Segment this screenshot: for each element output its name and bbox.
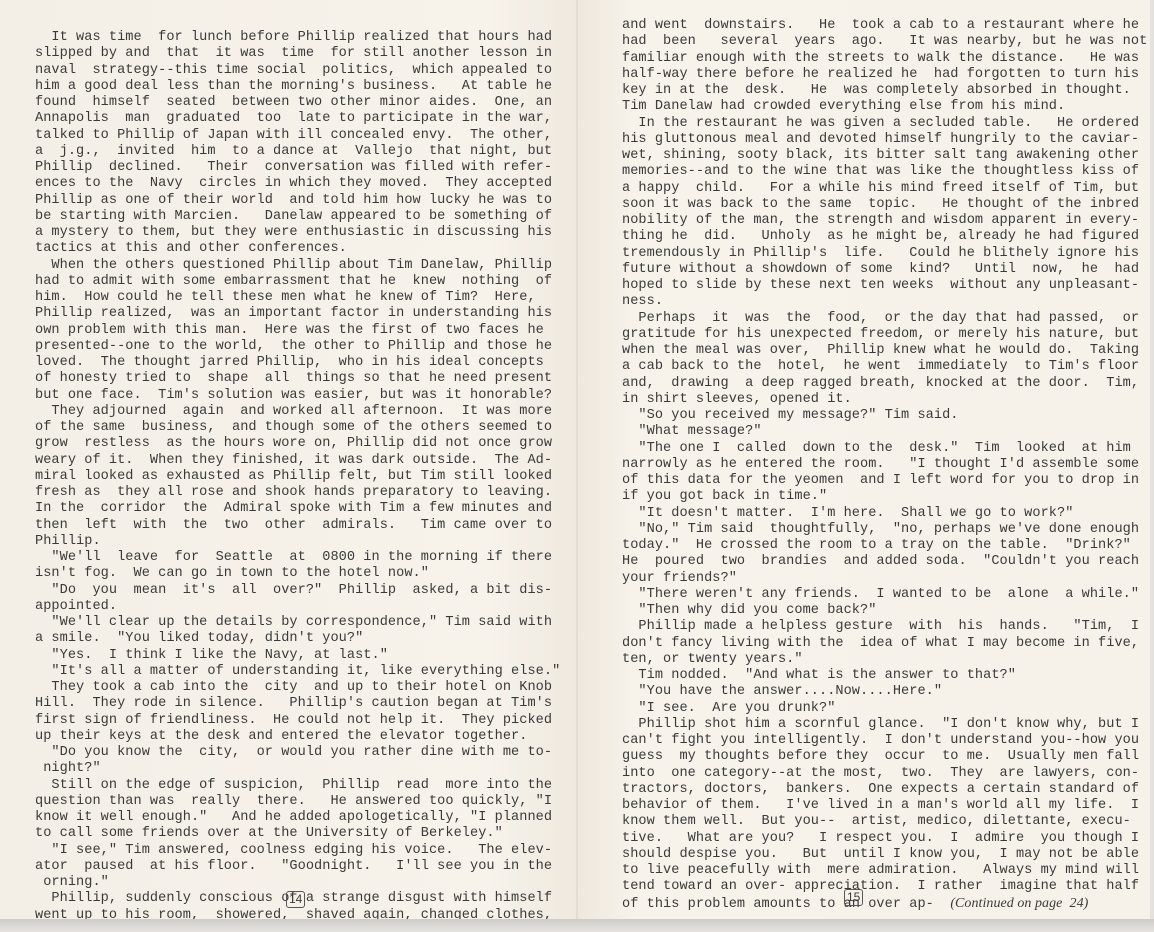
text-line: familiar enough with the streets to walk…	[622, 51, 1147, 67]
right-page: and went downstairs. He took a cab to a …	[578, 0, 1150, 919]
text-line: fresh as they all rose and shook hands p…	[35, 485, 560, 501]
text-line: when the meal was over, Phillip knew wha…	[622, 343, 1147, 359]
text-line: "We'll leave for Seattle at 0800 in the …	[35, 550, 560, 566]
text-line: orning."	[35, 875, 560, 891]
text-line: wet, shining, sooty black, its bitter sa…	[622, 148, 1147, 164]
text-line: Phillip declined. Their conversation was…	[35, 160, 560, 176]
continuation-note: (Continued on page 24)	[950, 896, 1088, 911]
text-line: soon it was back to the same topic. He t…	[622, 197, 1147, 213]
text-line: tractors, doctors, bankers. One expects …	[622, 782, 1147, 798]
text-line: Hill. They rode in silence. Phillip's ca…	[35, 696, 560, 712]
text-line: today." He crossed the room to a tray on…	[622, 538, 1147, 554]
text-line: "Do you know the city, or would you rath…	[35, 745, 560, 761]
text-line: "So you received my message?" Tim said.	[622, 408, 1147, 424]
text-line: behavior of them. I've lived in a man's …	[622, 798, 1147, 814]
text-line: Phillip realized, was an important facto…	[35, 306, 560, 322]
text-line: a mystery to them, but they were enthusi…	[35, 225, 560, 241]
text-line: Tim Danelaw had crowded everything else …	[622, 99, 1147, 115]
right-page-body-text: and went downstairs. He took a cab to a …	[622, 18, 1147, 912]
text-line: hoped to slide by these next ten weeks w…	[622, 278, 1147, 294]
text-line: In the corridor the Admiral spoke with T…	[35, 501, 560, 517]
text-line: tactics at this and other conferences.	[35, 241, 560, 257]
text-line: In the restaurant he was given a seclude…	[622, 116, 1147, 132]
text-line: "I see," Tim answered, coolness edging h…	[35, 843, 560, 859]
text-line: of the same business, and though some of…	[35, 420, 560, 436]
text-line: found himself seated between two other m…	[35, 95, 560, 111]
page-number-left: 14	[286, 891, 305, 908]
text-line: first sign of friendliness. He could not…	[35, 713, 560, 729]
text-line: "What message?"	[622, 424, 1147, 440]
text-line: It was time for lunch before Phillip rea…	[35, 30, 560, 46]
text-line: to live peacefully with mere admiration.…	[622, 863, 1147, 879]
text-line: a happy child. For a while his mind free…	[622, 181, 1147, 197]
text-line: tremendously in Phillip's life. Could he…	[622, 246, 1147, 262]
text-line: "The one I called down to the desk." Tim…	[622, 441, 1147, 457]
text-line: tive. What are you? I respect you. I adm…	[622, 831, 1147, 847]
text-line: had to admit with some embarrassment tha…	[35, 274, 560, 290]
text-line: should despise you. But until I know you…	[622, 847, 1147, 863]
text-line: grow restless as the hours wore on, Phil…	[35, 436, 560, 452]
text-line: "No," Tim said thoughtfully, "no, perhap…	[622, 522, 1147, 538]
text-line: of honesty tried to shape all things so …	[35, 371, 560, 387]
text-line: "It's all a matter of understanding it, …	[35, 664, 560, 680]
text-line: nobility of the man, the strength and wi…	[622, 213, 1147, 229]
text-line: of this problem amounts to an over ap- (…	[622, 896, 1147, 912]
text-line: ten, or twenty years."	[622, 652, 1147, 668]
text-line: know them well. But you-- artist, medico…	[622, 814, 1147, 830]
text-line: ator paused at his floor. "Goodnight. I'…	[35, 859, 560, 875]
text-line: appointed.	[35, 599, 560, 615]
text-line: in shirt sleeves, opened it.	[622, 392, 1147, 408]
text-line: "It doesn't matter. I'm here. Shall we g…	[622, 506, 1147, 522]
text-line: presented--one to the world, the other t…	[35, 339, 560, 355]
text-line: then left with the two other admirals. T…	[35, 518, 560, 534]
text-line: Phillip shot him a scornful glance. "I d…	[622, 717, 1147, 733]
text-line: Annapolis man graduated too late to part…	[35, 111, 560, 127]
text-line: He poured two brandies and added soda. "…	[622, 554, 1147, 570]
text-line: and went downstairs. He took a cab to a …	[622, 18, 1147, 34]
text-line: know it well enough." And he added apolo…	[35, 810, 560, 826]
text-line: naval strategy--this time social politic…	[35, 63, 560, 79]
text-line: slipped by and that it was time for stil…	[35, 46, 560, 62]
text-line: night?"	[35, 761, 560, 777]
text-line: a cab back to the hotel, he went immedia…	[622, 359, 1147, 375]
text-line: Perhaps it was the food, or the day that…	[622, 311, 1147, 327]
text-line: tend toward an over- appreciation. I rat…	[622, 879, 1147, 895]
text-line: "Yes. I think I like the Navy, at last."	[35, 648, 560, 664]
text-line: guess my thoughts before they occur to m…	[622, 749, 1147, 765]
scan-bottom-edge	[0, 919, 1154, 932]
text-line: own problem with this man. Here was the …	[35, 323, 560, 339]
text-line: be starting with Marcien. Danelaw appear…	[35, 209, 560, 225]
text-line: "There weren't any friends. I wanted to …	[622, 587, 1147, 603]
text-line: gratitude for his unexpected freedom, or…	[622, 327, 1147, 343]
text-line: "Do you mean it's all over?" Phillip ask…	[35, 583, 560, 599]
page-number-right: 15	[844, 889, 863, 906]
left-page-body-text: It was time for lunch before Phillip rea…	[35, 30, 560, 924]
text-line: key in at the desk. He was completely ab…	[622, 83, 1147, 99]
text-line: memories--and to the wine that was like …	[622, 164, 1147, 180]
text-line: and, drawing a deep ragged breath, knock…	[622, 376, 1147, 392]
text-line: Still on the edge of suspicion, Phillip …	[35, 778, 560, 794]
text-line: if you got back in time."	[622, 489, 1147, 505]
text-line: talked to Phillip of Japan with ill conc…	[35, 128, 560, 144]
text-line: "I see. Are you drunk?"	[622, 701, 1147, 717]
text-line: but one face. Tim's solution was easier,…	[35, 388, 560, 404]
text-line: "Then why did you come back?"	[622, 603, 1147, 619]
text-line: isn't fog. We can go in town to the hote…	[35, 566, 560, 582]
text-line: narrowly as he entered the room. "I thou…	[622, 457, 1147, 473]
text-line: a j.g., invited him to a dance at Vallej…	[35, 144, 560, 160]
text-line: ences to the Navy circles in which they …	[35, 176, 560, 192]
text-line: "We'll clear up the details by correspon…	[35, 615, 560, 631]
text-line: They adjourned again and worked all afte…	[35, 404, 560, 420]
text-line: half-way there before he realized he had…	[622, 67, 1147, 83]
text-line: Phillip made a helpless gesture with his…	[622, 619, 1147, 635]
text-line: future without a showdown of some kind? …	[622, 262, 1147, 278]
text-line: question than was really there. He answe…	[35, 794, 560, 810]
text-line: can't fight you intelligently. I don't u…	[622, 733, 1147, 749]
left-page: It was time for lunch before Phillip rea…	[0, 0, 576, 919]
text-line: ness.	[622, 294, 1147, 310]
text-line: Phillip.	[35, 534, 560, 550]
text-line: Tim nodded. "And what is the answer to t…	[622, 668, 1147, 684]
text-line: up their keys at the desk and entered th…	[35, 729, 560, 745]
text-line: Phillip as one of their world and told h…	[35, 193, 560, 209]
text-line: your friends?"	[622, 571, 1147, 587]
text-line: thing he did. Unholy as he might be, alr…	[622, 229, 1147, 245]
text-line: "You have the answer....Now....Here."	[622, 684, 1147, 700]
text-line: his gluttonous meal and devoted himself …	[622, 132, 1147, 148]
text-line: had been several years ago. It was nearb…	[622, 34, 1147, 50]
text-line: loved. The thought jarred Phillip, who i…	[35, 355, 560, 371]
text-line: weary of it. When they finished, it was …	[35, 453, 560, 469]
text-line: They took a cab into the city and up to …	[35, 680, 560, 696]
text-line: him. How could he tell these men what he…	[35, 290, 560, 306]
text-line: into one category--at the most, two. The…	[622, 766, 1147, 782]
text-line: When the others questioned Phillip about…	[35, 258, 560, 274]
text-line: to call some friends over at the Univers…	[35, 826, 560, 842]
page-edge-shadow	[1150, 0, 1154, 932]
text-line: don't fancy living with the idea of what…	[622, 636, 1147, 652]
text-line: miral looked as exhausted as Phillip fel…	[35, 469, 560, 485]
text-line: him a good deal less than the morning's …	[35, 79, 560, 95]
text-line: of this data for the yeomen and I left w…	[622, 473, 1147, 489]
text-line: a smile. "You liked today, didn't you?"	[35, 631, 560, 647]
